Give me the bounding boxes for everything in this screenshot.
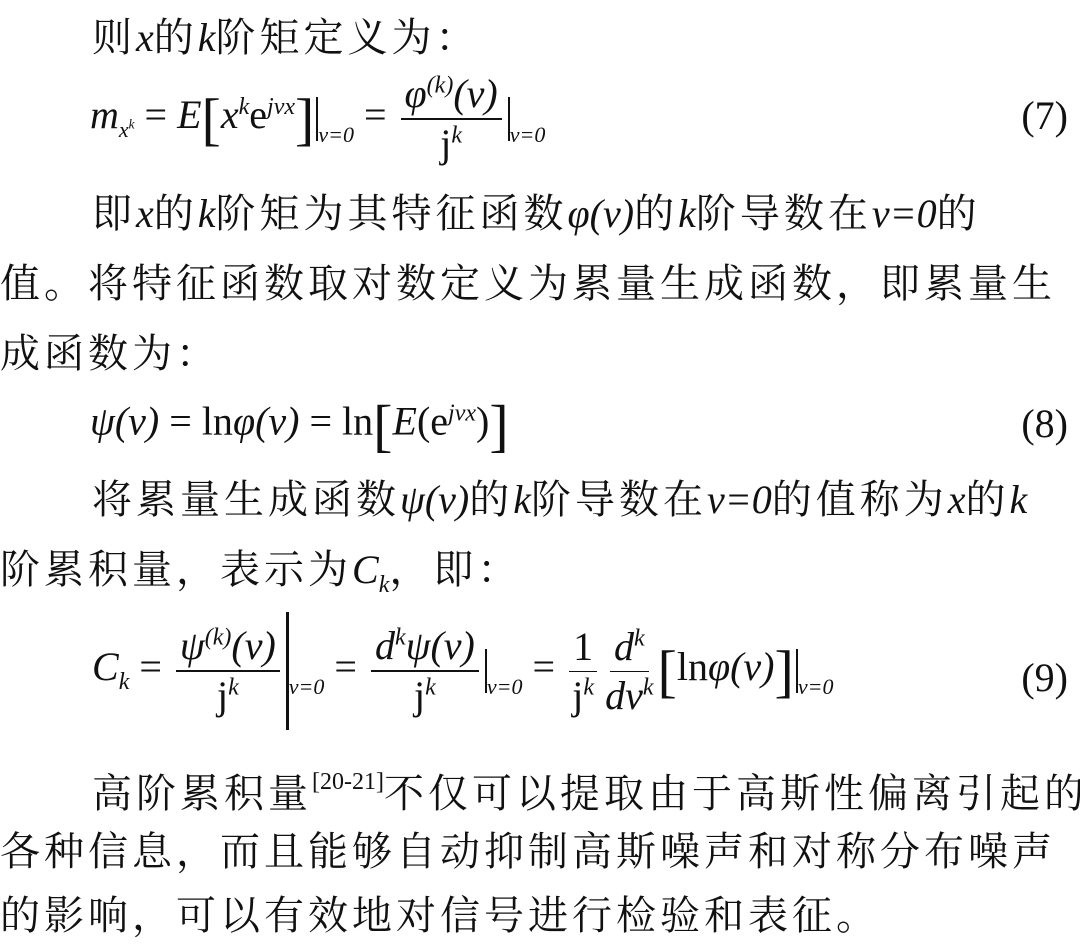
eq7-cond2: v=0 [510, 122, 546, 147]
eq8-arg2: (v) [255, 399, 299, 444]
v-zero: v=0 [707, 477, 772, 522]
psi-v: ψ(v) [400, 477, 469, 522]
eq8-phi: φ [233, 399, 255, 444]
text: 的 [154, 15, 198, 61]
eq8-E: E [393, 399, 417, 444]
eq9-cond3: v=0 [798, 674, 834, 699]
eq7-m: m [90, 92, 119, 137]
eq9-fraction4: dk dvk [605, 625, 653, 718]
var-k: k [1010, 477, 1028, 522]
equation-number-8: (8) [1021, 400, 1068, 447]
var-k: k [678, 191, 696, 236]
var-k: k [198, 15, 216, 60]
eq9-dk: k [395, 625, 406, 651]
eq9-phi: φ [708, 644, 730, 689]
eq9-fraction2: dkψ(v) jk [371, 624, 479, 718]
eq9-cond2: v=0 [487, 674, 523, 699]
eq9-arg: (v) [231, 623, 275, 668]
eq9-fraction1: ψ(k)(v) jk [176, 624, 280, 718]
paragraph-moment-explain-line3: 成函数为： [0, 324, 220, 384]
eq8-e: e [430, 399, 448, 444]
eq9-jk2: k [425, 675, 436, 701]
eq8-equals2: = [309, 399, 332, 444]
eq9-psi2: ψ [406, 623, 431, 668]
text: 的值称为 [772, 477, 948, 523]
eq9-arg2: (v) [430, 623, 474, 668]
text: 即 [92, 191, 136, 237]
paragraph-moment-explain-line2: 值。将特征函数取对数定义为累量生成函数，即累量生 [0, 254, 1056, 314]
eq9-dk2: k [634, 625, 645, 651]
eq7-phisup: (k) [427, 73, 454, 99]
eq8-equals: = [169, 399, 192, 444]
eq8-psi: ψ [90, 399, 115, 444]
equation-9: Ck = ψ(k)(v) jk v=0 = dkψ(v) jk v=0 = 1 … [92, 612, 833, 730]
eq9-jk: k [228, 675, 239, 701]
eq9-C: C [92, 644, 119, 689]
eq9-ln: ln [677, 644, 708, 689]
var-C: C [352, 547, 379, 592]
text: ，即： [389, 547, 521, 593]
eq7-arg: (v) [453, 71, 497, 116]
var-k: k [198, 191, 216, 236]
text: 阶导数在 [696, 191, 872, 237]
eq9-fraction3: 1 jk [569, 625, 597, 718]
eq7-sub-k: k [129, 117, 135, 132]
paragraph-moment-explain-line1: 即x的k阶矩为其特征函数φ(v)的k阶导数在v=0的 [92, 184, 981, 244]
eq7-cond: v=0 [318, 122, 354, 147]
paragraph-intro-moment: 则x的k阶矩定义为： [92, 8, 480, 68]
text: 的 [469, 477, 513, 523]
paragraph-cumulant-line1: 将累量生成函数ψ(v)的k阶导数在v=0的值称为x的k [92, 470, 1027, 530]
text: 不仅可以提取由于高斯性偏离引起的 [384, 771, 1080, 817]
eq8-esup: jvx [448, 400, 476, 426]
equation-7: mxk = E[xkejvx]v=0 = φ(k)(v) jk v=0 [90, 72, 545, 166]
citation-link[interactable]: [20-21] [312, 769, 384, 795]
text: 阶矩为其特征函数 [216, 191, 568, 237]
eq9-dvk: k [643, 674, 654, 700]
eq8-ln: ln [202, 399, 233, 444]
paragraph-higher-order-line1: 高阶累积量[20-21]不仅可以提取由于高斯性偏离引起的 [92, 752, 1080, 824]
text: 的 [634, 191, 678, 237]
eq8-ln2: ln [342, 399, 373, 444]
var-x: x [136, 191, 154, 236]
v-zero: v=0 [872, 191, 937, 236]
paragraph-cumulant-line2: 阶累积量，表示为Ck，即： [0, 540, 521, 615]
eq7-phi: φ [405, 71, 427, 116]
text: 的 [937, 191, 981, 237]
eq9-arg3: (v) [730, 644, 774, 689]
eq7-xk: k [239, 94, 250, 120]
paragraph-higher-order-line3: 的影响，可以有效地对信号进行检验和表征。 [0, 886, 880, 946]
var-x: x [948, 477, 966, 522]
var-k: k [513, 477, 531, 522]
eq7-sub-x: x [119, 117, 129, 142]
eq9-dv: dv [605, 673, 643, 718]
eq9-psi: ψ [180, 623, 205, 668]
eq9-d2: d [614, 624, 634, 669]
eq7-x: x [221, 92, 239, 137]
text: 的 [154, 191, 198, 237]
eq9-d: d [375, 623, 395, 668]
eq7-jk: k [451, 123, 462, 149]
eq9-one: 1 [573, 624, 593, 669]
eq9-Csub: k [119, 669, 130, 695]
text: 阶导数在 [531, 477, 707, 523]
eq7-j: j [440, 121, 451, 166]
eq9-psisup: (k) [205, 625, 232, 651]
eq7-fraction: φ(k)(v) jk [401, 72, 502, 166]
eq9-j: j [217, 673, 228, 718]
text: 则 [92, 15, 136, 61]
text: 阶矩定义为： [216, 15, 480, 61]
eq9-j3: j [572, 673, 583, 718]
phi-v: φ(v) [568, 191, 635, 236]
var-C-sub: k [379, 572, 390, 598]
text: 的 [966, 477, 1010, 523]
eq7-e: e [249, 92, 267, 137]
text: 将累量生成函数 [92, 477, 400, 523]
var-x: x [136, 15, 154, 60]
paragraph-higher-order-line2: 各种信息，而且能够自动抑制高斯噪声和对称分布噪声 [0, 822, 1056, 882]
text: 高阶累积量 [92, 771, 312, 817]
equation-number-9: (9) [1021, 654, 1068, 701]
equation-8: ψ(v) = lnφ(v) = ln[E(ejvx)] [90, 392, 509, 459]
eq9-jk3: k [583, 674, 594, 700]
eq7-esup: jvx [267, 94, 295, 120]
eq8-arg: (v) [115, 399, 159, 444]
eq7-E: E [177, 92, 201, 137]
eq9-cond1: v=0 [289, 674, 325, 699]
eq9-j2: j [414, 673, 425, 718]
text: 阶累积量，表示为 [0, 547, 352, 593]
equation-number-7: (7) [1021, 92, 1068, 139]
